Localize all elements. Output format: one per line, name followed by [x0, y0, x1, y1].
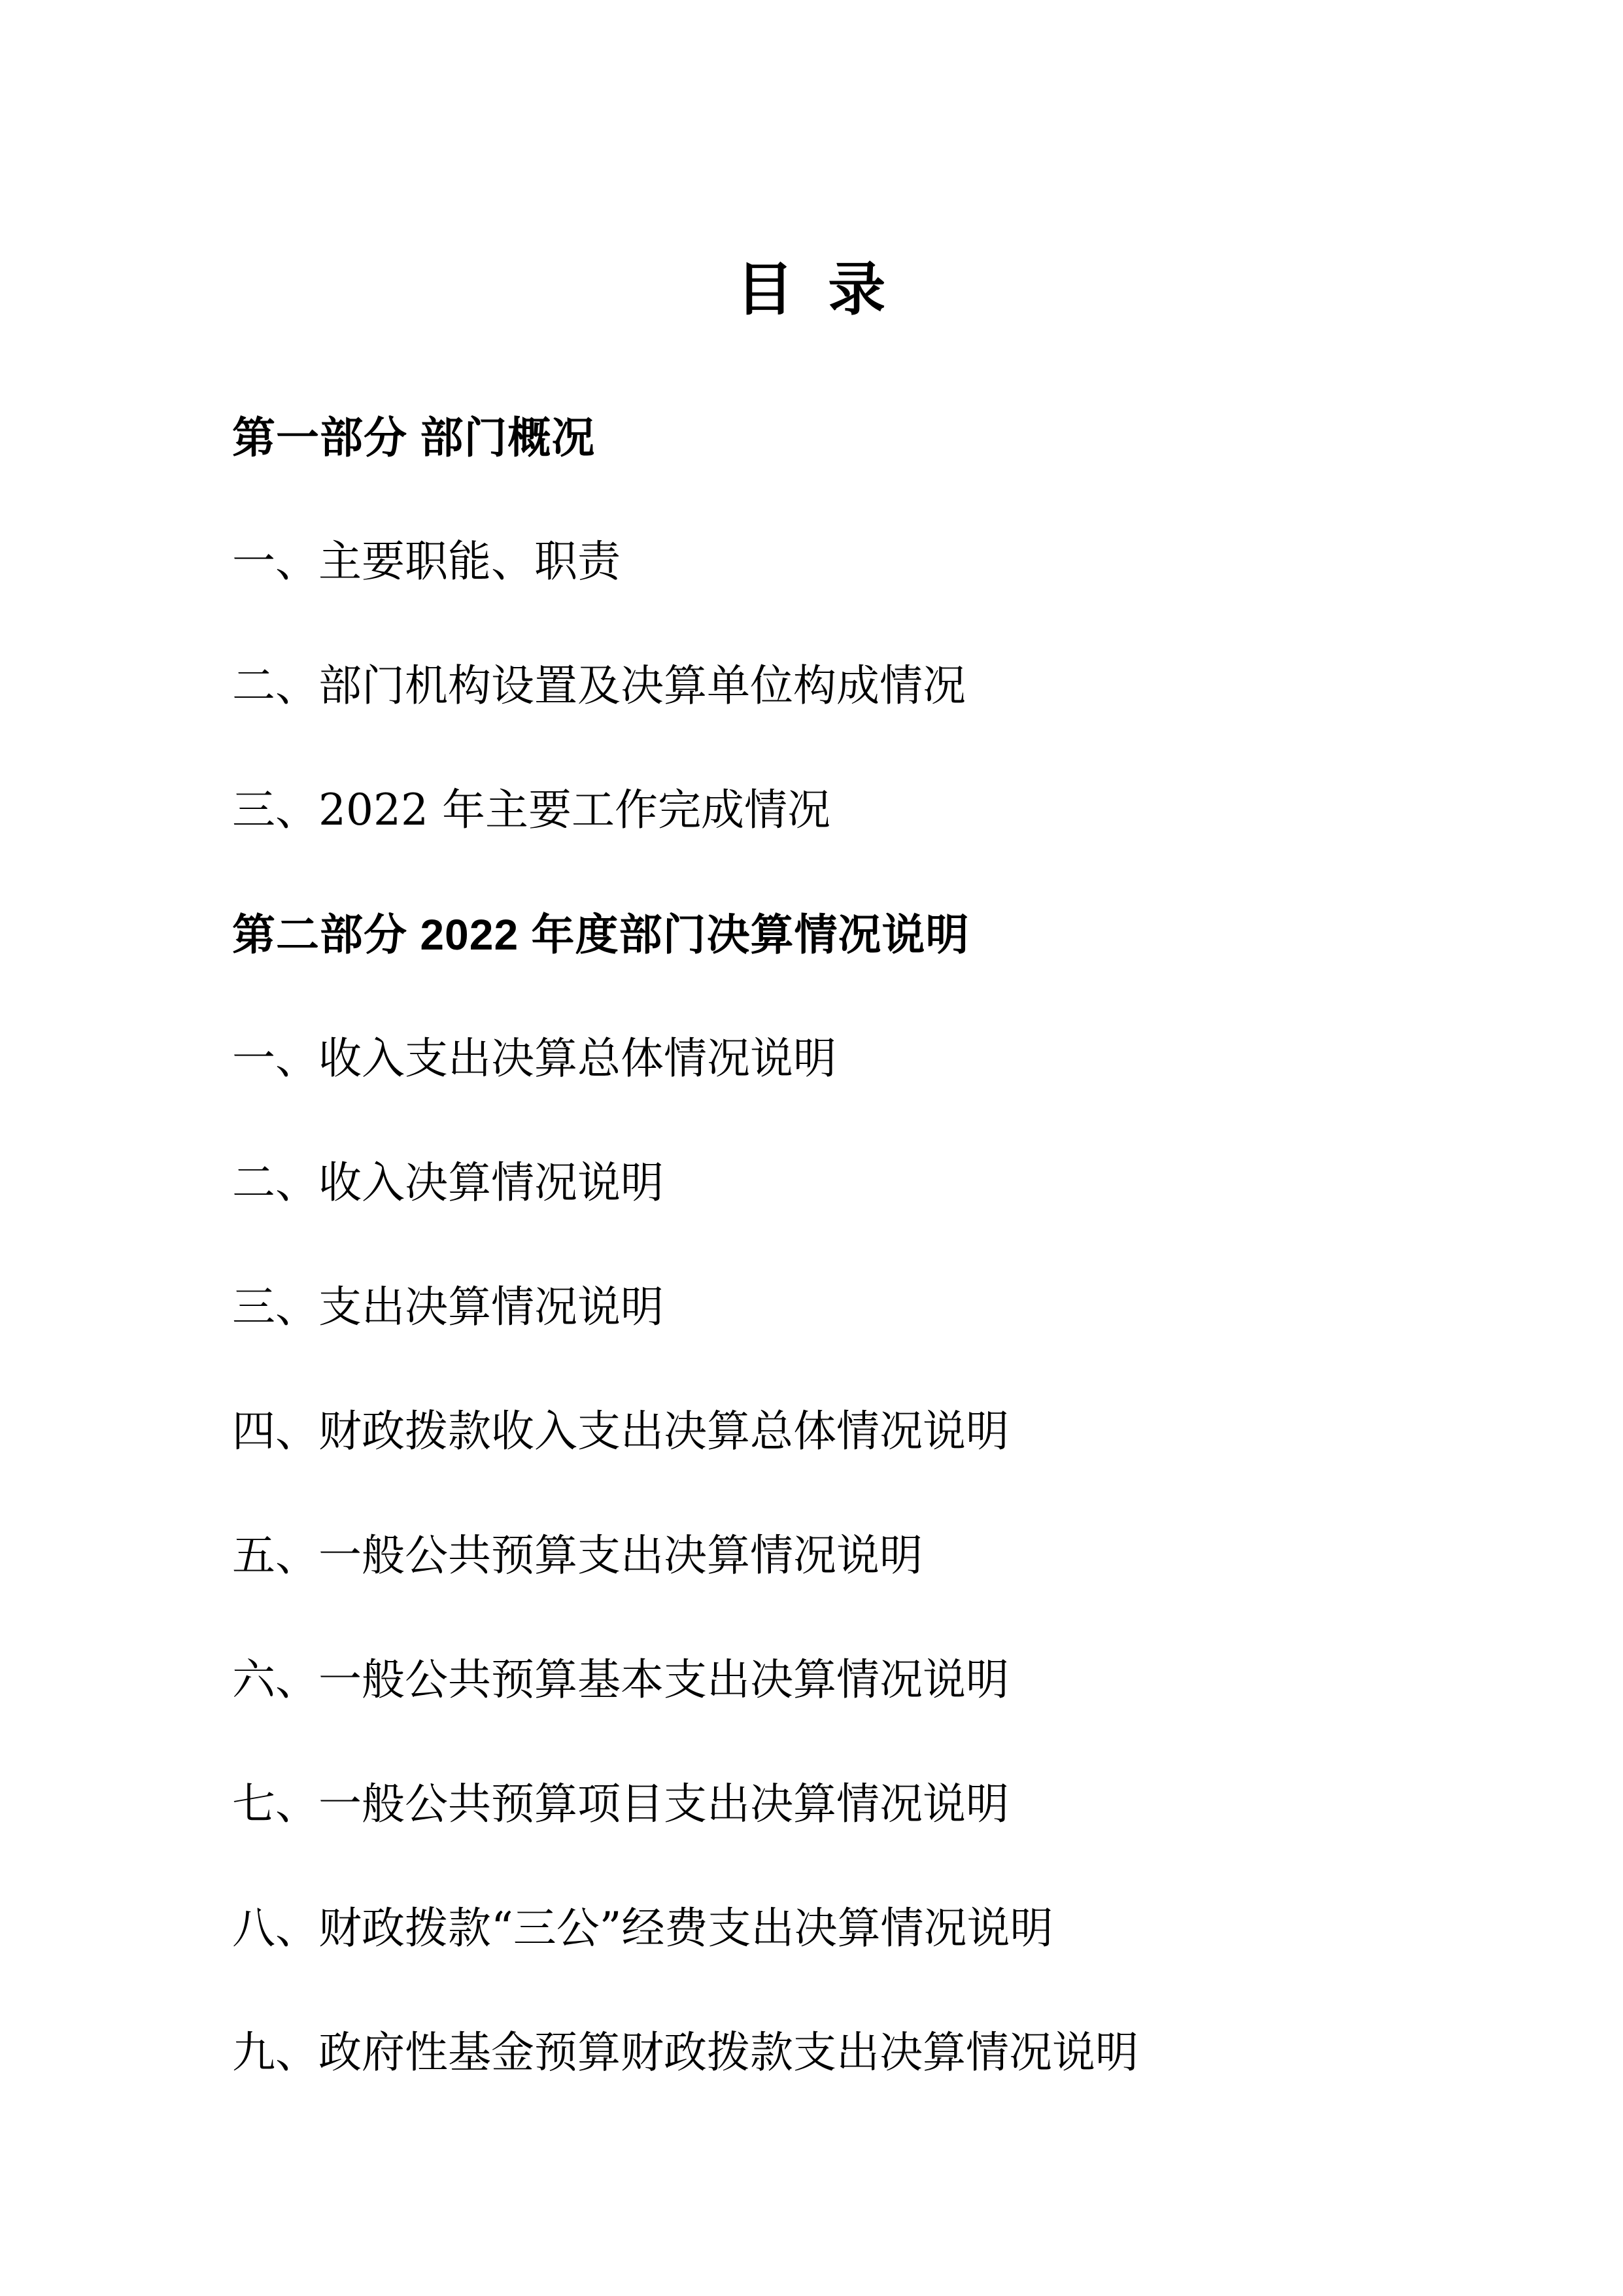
- toc-item: 一、收入支出决算总体情况说明: [232, 997, 1466, 1121]
- page-title: 目 录: [0, 0, 1623, 324]
- toc-part-heading: 第一部分 部门概况: [232, 375, 1466, 500]
- document-page: 目 录 第一部分 部门概况一、主要职能、职责二、部门机构设置及决算单位构成情况三…: [0, 0, 1623, 2296]
- toc-item: 一、主要职能、职责: [232, 500, 1466, 624]
- toc-item: 四、财政拨款收入支出决算总体情况说明: [232, 1369, 1466, 1494]
- toc-item: 九、政府性基金预算财政拨款支出决算情况说明: [232, 1991, 1466, 2115]
- toc-item: 六、一般公共预算基本支出决算情况说明: [232, 1618, 1466, 1742]
- toc-item: 五、一般公共预算支出决算情况说明: [232, 1494, 1466, 1618]
- toc-part-heading: 第二部分 2022 年度部门决算情况说明: [232, 872, 1466, 997]
- toc-list: 第一部分 部门概况一、主要职能、职责二、部门机构设置及决算单位构成情况三、202…: [0, 375, 1623, 2115]
- toc-item: 二、部门机构设置及决算单位构成情况: [232, 624, 1466, 748]
- toc-item: 八、财政拨款“三公”经费支出决算情况说明: [232, 1866, 1466, 1991]
- toc-item: 三、2022 年主要工作完成情况: [232, 748, 1466, 872]
- toc-item: 二、收入决算情况说明: [232, 1121, 1466, 1245]
- toc-item: 七、一般公共预算项目支出决算情况说明: [232, 1742, 1466, 1866]
- toc-item: 三、支出决算情况说明: [232, 1245, 1466, 1369]
